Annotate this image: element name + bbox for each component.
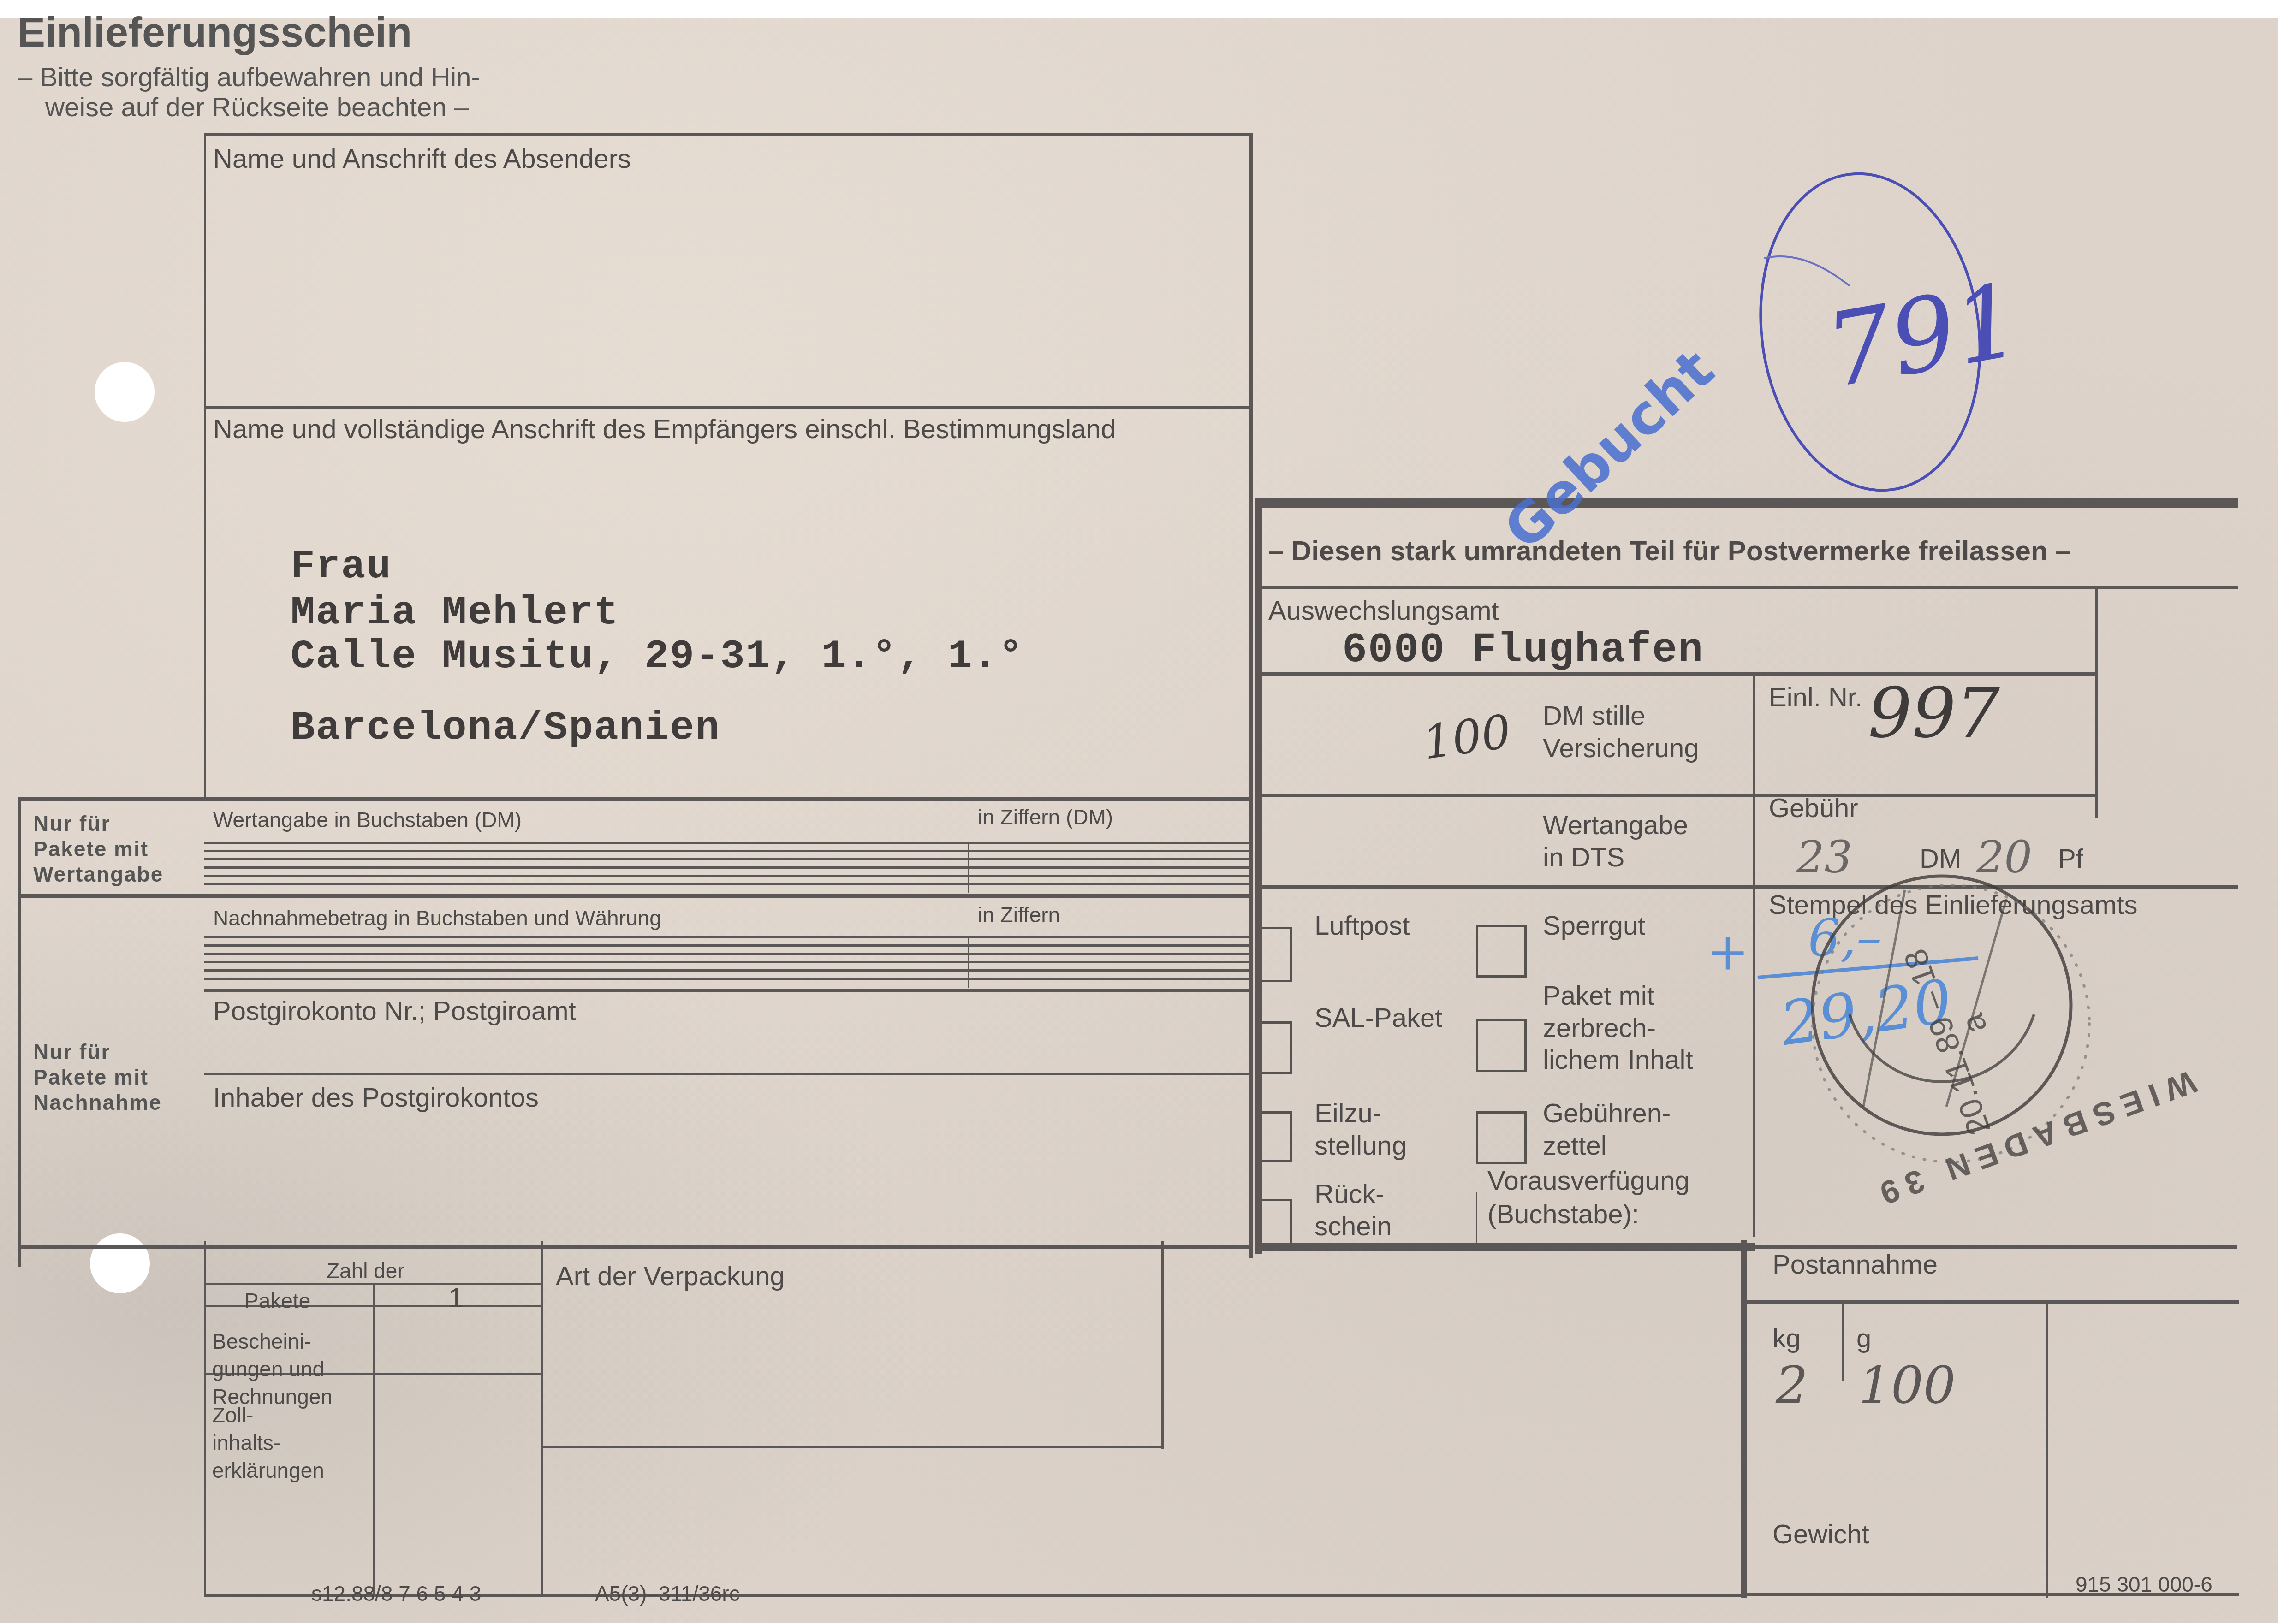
- recipient-line-2: Maria Mehlert: [291, 590, 619, 636]
- option-eilzustellung-label: Eilzu-stellung: [1314, 1097, 1407, 1162]
- recipient-field[interactable]: Frau Maria Mehlert Calle Musitu, 29-31, …: [208, 452, 1245, 793]
- weight-kg-value: 2: [1776, 1356, 1808, 1415]
- postgiro-field[interactable]: [208, 1028, 1245, 1070]
- form-code-mid: A5(3)–311/36rc: [595, 1582, 740, 1606]
- form-code-left: s12.88/8 7 6 5 4 3: [311, 1582, 481, 1606]
- insurance-amount-handwritten: 100: [1420, 704, 1514, 770]
- punch-hole: [90, 1233, 150, 1293]
- form-subtitle-line2: weise auf der Rückseite beachten –: [45, 92, 469, 123]
- advance-instruction-label: Vorausverfügung(Buchstabe):: [1487, 1164, 1690, 1231]
- option-luftpost-label: Luftpost: [1314, 911, 1410, 942]
- checkbox-sperrgut[interactable]: [1476, 925, 1529, 980]
- exchange-office-field[interactable]: 6000 Flughafen: [1264, 627, 2094, 671]
- recipient-line-3: Calle Musitu, 29-31, 1.°, 1.°: [291, 634, 1023, 680]
- checkbox-eilzustellung[interactable]: [1262, 1111, 1299, 1162]
- cod-amount-lines[interactable]: [204, 936, 1252, 986]
- postal-form-page: Einlieferungsschein – Bitte sorgfältig a…: [0, 18, 2278, 1623]
- checkbox-luftpost[interactable]: [1262, 927, 1299, 980]
- sender-label: Name und Anschrift des Absenders: [213, 144, 631, 175]
- postal-section-header: – Diesen stark umrandeten Teil für Postv…: [1268, 535, 2071, 567]
- receipt-no-label: Einl. Nr.: [1769, 682, 1862, 713]
- exchange-office-label: Auswechslungsamt: [1268, 596, 1499, 627]
- weight-label: Gewicht: [1772, 1519, 1869, 1550]
- cod-amount-digits-label: in Ziffern: [978, 903, 1060, 927]
- recipient-label: Name und vollständige Anschrift des Empf…: [213, 414, 1116, 445]
- form-subtitle-line1: – Bitte sorgfältig aufbewahren und Hin-: [18, 62, 480, 93]
- recipient-line-1: Frau: [291, 544, 392, 590]
- cod-amount-words-label: Nachnahmebetrag in Buchstaben und Währun…: [213, 906, 661, 931]
- cod-side-label-1: Nur für: [33, 1040, 110, 1064]
- value-words-lines[interactable]: [204, 842, 1252, 891]
- certificates-label: Bescheini-gungen undRechnungen: [212, 1328, 333, 1411]
- checkbox-rueckschein[interactable]: [1262, 1199, 1299, 1250]
- package-count-field[interactable]: 1: [375, 1286, 540, 1305]
- option-sal-paket-label: SAL-Paket: [1314, 1003, 1442, 1034]
- option-gebuehrenzettel-label: Gebühren-zettel: [1543, 1097, 1671, 1162]
- booked-stamp: Gebucht: [1492, 338, 1726, 562]
- package-count-header: Zahl der: [327, 1259, 404, 1283]
- package-count-value: 1: [448, 1282, 464, 1314]
- receipt-no-value: 997: [1868, 673, 2000, 753]
- cod-side-label-3: Nachnahme: [33, 1091, 162, 1115]
- value-digits-label: in Ziffern (DM): [978, 805, 1113, 830]
- fee-label: Gebühr: [1769, 793, 1858, 824]
- postgiro-holder-label: Inhaber des Postgirokontos: [213, 1083, 539, 1114]
- packaging-label: Art der Verpackung: [556, 1261, 785, 1292]
- weight-g-label: g: [1856, 1323, 1871, 1354]
- value-side-label-2: Pakete mit: [33, 837, 149, 861]
- value-words-label: Wertangabe in Buchstaben (DM): [213, 808, 522, 832]
- weight-g-value: 100: [1859, 1356, 1956, 1415]
- option-zerbrechlich-label: Paket mitzerbrech-lichem Inhalt: [1543, 980, 1693, 1076]
- package-count-label: Pakete: [244, 1289, 310, 1313]
- weight-kg-field[interactable]: 2: [1762, 1356, 1840, 1416]
- value-side-label-3: Wertangabe: [33, 862, 163, 887]
- weight-g-field[interactable]: 100: [1845, 1356, 2043, 1416]
- form-title: Einlieferungsschein: [18, 9, 412, 57]
- postgiro-holder-field[interactable]: [208, 1116, 1245, 1254]
- option-sperrgut-label: Sperrgut: [1543, 911, 1645, 942]
- cod-side-label-2: Pakete mit: [33, 1065, 149, 1090]
- checkbox-gebuehrenzettel[interactable]: [1476, 1111, 1529, 1167]
- dts-label: Wertangabein DTS: [1543, 809, 1688, 873]
- advance-instruction-field[interactable]: [1693, 1213, 1748, 1245]
- value-side-label-1: Nur für: [33, 812, 110, 836]
- recipient-line-4: Barcelona/Spanien: [291, 705, 720, 751]
- exchange-office-value: 6000 Flughafen: [1342, 627, 1704, 674]
- acceptance-field[interactable]: [1753, 1282, 2232, 1314]
- packaging-field[interactable]: [544, 1300, 1158, 1439]
- postgiro-label: Postgirokonto Nr.; Postgiroamt: [213, 996, 576, 1027]
- weight-kg-label: kg: [1772, 1323, 1801, 1354]
- insurance-label: DM stilleVersicherung: [1543, 700, 1699, 764]
- option-rueckschein-label: Rück-schein: [1314, 1178, 1392, 1242]
- punch-hole: [95, 362, 155, 422]
- checkbox-sal-paket[interactable]: [1262, 1021, 1299, 1072]
- blue-plus-mark: +: [1707, 922, 1749, 981]
- customs-label: Zoll-inhalts-erklärungen: [212, 1402, 324, 1484]
- sender-field[interactable]: [208, 184, 1245, 406]
- checkbox-zerbrechlich[interactable]: [1476, 1019, 1529, 1074]
